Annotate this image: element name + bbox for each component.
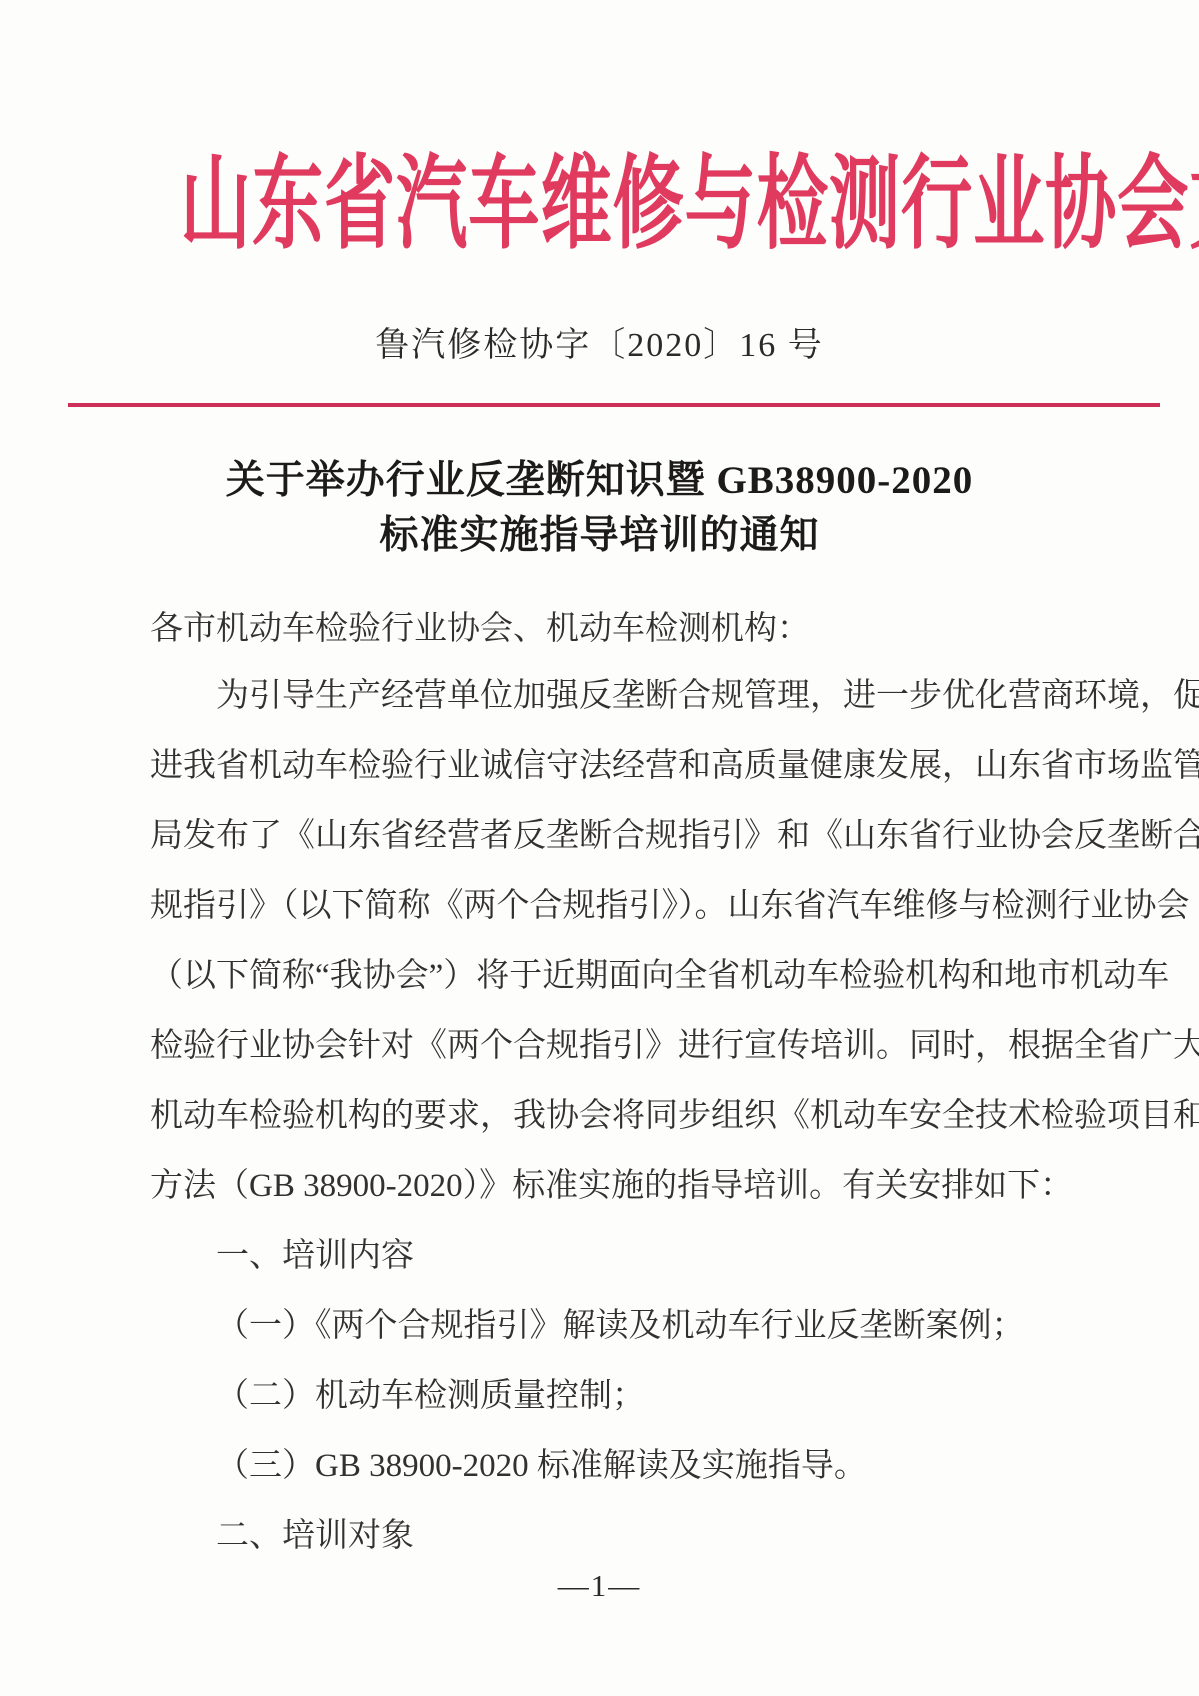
section1-item: （一）《两个合规指引》解读及机动车行业反垄断案例； [150, 1291, 1055, 1361]
document-page: 山东省汽车维修与检测行业协会文件 鲁汽修检协字〔2020〕16 号 关于举办行业… [0, 0, 1199, 1696]
paragraph-line: 为引导生产经营单位加强反垄断合规管理，进一步优化营商环境，促 [150, 661, 1055, 731]
document-reference-number: 鲁汽修检协字〔2020〕16 号 [0, 324, 1199, 368]
paragraph-line: 检验行业协会针对《两个合规指引》进行宣传培训。同时，根据全省广大 [150, 1011, 1055, 1081]
paragraph-line: 进我省机动车检验行业诚信守法经营和高质量健康发展，山东省市场监管 [150, 731, 1055, 801]
section1-item: （二）机动车检测质量控制； [150, 1361, 1055, 1431]
red-divider-rule [68, 403, 1160, 407]
page-number: —1— [0, 1568, 1199, 1604]
paragraph-line: 方法（GB 38900-2020）》标准实施的指导培训。有关安排如下： [150, 1151, 1055, 1221]
section1-heading: 一、培训内容 [150, 1221, 1055, 1291]
paragraph-line: 机动车检验机构的要求，我协会将同步组织《机动车安全技术检验项目和 [150, 1081, 1055, 1151]
salutation-line: 各市机动车检验行业协会、机动车检测机构： [150, 597, 1055, 661]
paragraph-line: 规指引》（以下简称《两个合规指引》）。山东省汽车维修与检测行业协会 [150, 871, 1055, 941]
section2-heading: 二、培训对象 [150, 1501, 1055, 1571]
document-title: 关于举办行业反垄断知识暨 GB38900-2020 标准实施指导培训的通知 [0, 453, 1199, 563]
document-title-line2: 标准实施指导培训的通知 [0, 508, 1199, 563]
letterhead-org-title: 山东省汽车维修与检测行业协会文件 [180, 152, 1019, 260]
paragraph-line: 局发布了《山东省经营者反垄断合规指引》和《山东省行业协会反垄断合 [150, 801, 1055, 871]
document-title-line1: 关于举办行业反垄断知识暨 GB38900-2020 [0, 453, 1199, 508]
paragraph-line: （以下简称“我协会”）将于近期面向全省机动车检验机构和地市机动车 [150, 941, 1055, 1011]
section1-item: （三）GB 38900-2020 标准解读及实施指导。 [150, 1431, 1055, 1501]
document-body: 各市机动车检验行业协会、机动车检测机构： 为引导生产经营单位加强反垄断合规管理，… [150, 597, 1055, 1571]
